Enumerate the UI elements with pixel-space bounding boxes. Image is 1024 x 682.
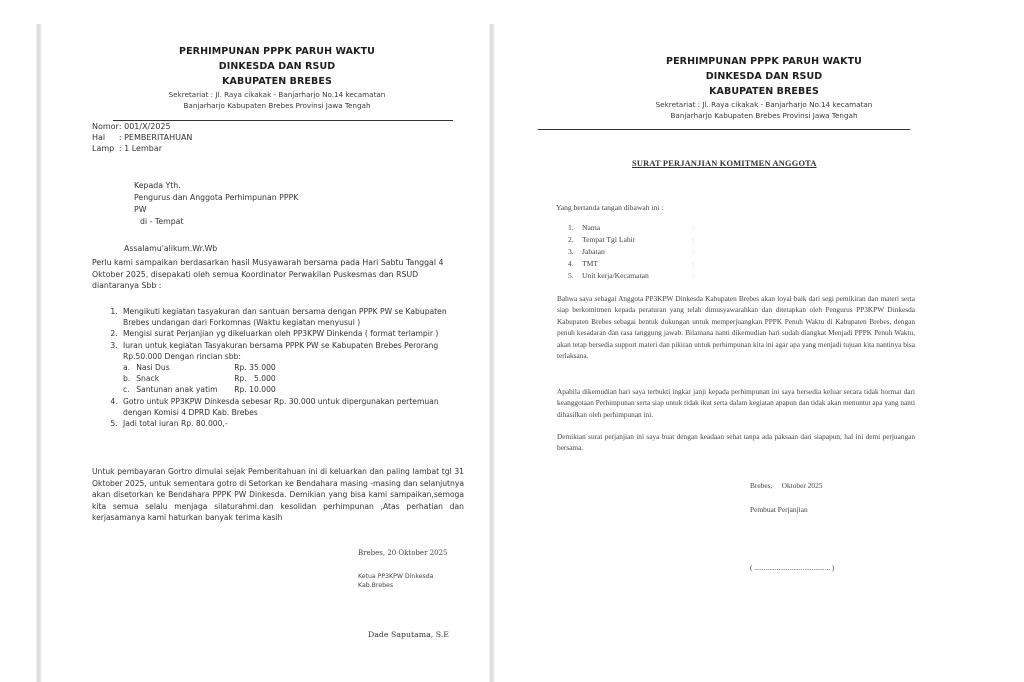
fee-label: Santunan anak yatim [136, 384, 234, 395]
commitment-paragraph: Bahwa saya sebagai Anggota PP3KPW Dinkes… [557, 293, 915, 361]
signer-role: Pembuat Perjanjian [750, 505, 822, 515]
org-address-line2: Banjarharjo Kabupaten Brebes Provinsi Ja… [112, 100, 442, 111]
field-label: TMT [582, 258, 692, 270]
member-field: 2. Tempat Tgl Lahir : [568, 234, 694, 246]
member-fields: 1. Nama : 2. Tempat Tgl Lahir : 3. Jabat… [568, 222, 694, 282]
meta-key: Lamp [92, 143, 119, 154]
agenda-item-text: Iuran untuk kegiatan Tasyakuran bersama … [123, 341, 438, 361]
fee-letter: a. [123, 362, 136, 373]
agenda-item: Iuran untuk kegiatan Tasyakuran bersama … [120, 340, 466, 396]
meta-value: : PEMBERITAHUAN [119, 132, 193, 143]
signer-name: Dade Saputama, S.E [368, 630, 449, 640]
letterhead: PERHIMPUNAN PPPK PARUH WAKTU DINKESDA DA… [112, 44, 442, 111]
document-title: SURAT PERJANJIAN KOMITMEN ANGGOTA [632, 159, 817, 168]
org-division: DINKESDA DAN RSUD [604, 69, 924, 84]
letter-meta: Nomor: 001/X/2025 Hal: PEMBERITAHUAN Lam… [92, 121, 192, 154]
center-page-edge [489, 24, 495, 682]
field-value: : [692, 258, 694, 270]
field-label: Nama [582, 222, 692, 234]
field-value: : [692, 246, 694, 258]
member-field: 1. Nama : [568, 222, 694, 234]
member-field: 3. Jabatan : [568, 246, 694, 258]
meta-value: : 1 Lembar [119, 143, 193, 154]
fee-label: Nasi Dus [136, 362, 234, 373]
fee-letter: c. [123, 384, 136, 395]
org-region: KABUPATEN BREBES [112, 74, 442, 89]
field-value: : [692, 234, 694, 246]
org-region: KABUPATEN BREBES [604, 84, 924, 99]
org-name: PERHIMPUNAN PPPK PARUH WAKTU [112, 44, 442, 59]
sanction-paragraph: Apabila dikemudian hari saya terbukti in… [557, 386, 915, 420]
signature-block: Brebes, Oktober 2025 Pembuat Perjanjian … [750, 481, 822, 515]
fee-amount: Rp. 10.000 [234, 384, 282, 395]
closing-paragraph: Untuk pembayaran Gortro dimulai sejak Pe… [92, 466, 464, 524]
agenda-item: Mengisi surat Perjanjian yg dikeluarkan … [120, 328, 466, 339]
org-address-line1: Sekretariat : Jl. Raya cikakak - Banjarh… [604, 99, 924, 110]
recipient-line: Pengurus dan Anggota Perhimpunan PPPK [134, 192, 298, 204]
letterhead: PERHIMPUNAN PPPK PARUH WAKTU DINKESDA DA… [604, 54, 924, 121]
agenda-item: Gotro untuk PP3KPW Dinkesda sebesar Rp. … [120, 396, 466, 418]
notice-letter-page: PERHIMPUNAN PPPK PARUH WAKTU DINKESDA DA… [42, 0, 482, 682]
fee-label: Snack [136, 373, 234, 384]
field-label: Jabatan [582, 246, 692, 258]
signature-block: Brebes, 20 Oktober 2025 Ketua PP3KPW Din… [358, 548, 447, 590]
closing-paragraph: Demikian surat perjanjian ini saya buat … [557, 431, 915, 454]
field-label: Unit kerja/Kecamatan [582, 270, 692, 282]
signer-role-line: Kab.Brebes [358, 581, 447, 590]
meta-key: Hal [92, 132, 119, 143]
letterhead-divider [538, 129, 910, 130]
fee-row: c. Santunan anak yatim Rp. 10.000 [123, 384, 282, 395]
recipient-line: PW [134, 204, 298, 216]
member-field: 5. Unit kerja/Kecamatan : [568, 270, 694, 282]
field-number: 3. [568, 246, 582, 258]
field-label: Tempat Tgl Lahir [582, 234, 692, 246]
org-address-line2: Banjarharjo Kabupaten Brebes Provinsi Ja… [604, 110, 924, 121]
greeting: Assalamu'alikum.Wr.Wb [124, 244, 217, 253]
fee-amount: Rp. 35.000 [234, 362, 282, 373]
fee-row: a. Nasi Dus Rp. 35.000 [123, 362, 282, 373]
place-date: Brebes, Oktober 2025 [750, 481, 822, 491]
signer-role: Ketua PP3KPW Dinkesda Kab.Brebes [358, 572, 447, 590]
fee-letter: b. [123, 373, 136, 384]
intro-paragraph: Perlu kami sampaikan berdasarkan hasil M… [92, 257, 460, 292]
agenda-item: Mengikuti kegiatan tasyakuran dan santua… [120, 306, 466, 328]
fee-breakdown: a. Nasi Dus Rp. 35.000 b. Snack Rp. 5.00… [123, 362, 282, 396]
agenda-item: Jadi total iuran Rp. 80.000,- [120, 418, 466, 429]
commitment-letter-page: PERHIMPUNAN PPPK PARUH WAKTU DINKESDA DA… [500, 0, 950, 682]
recipient-block: Kepada Yth. Pengurus dan Anggota Perhimp… [134, 180, 298, 228]
org-division: DINKESDA DAN RSUD [112, 59, 442, 74]
field-value: : [692, 270, 694, 282]
field-number: 1. [568, 222, 582, 234]
fee-amount: Rp. 5.000 [234, 373, 282, 384]
signer-role-line: Ketua PP3KPW Dinkesda [358, 572, 447, 581]
field-number: 4. [568, 258, 582, 270]
member-field: 4. TMT : [568, 258, 694, 270]
org-address-line1: Sekretariat : Jl. Raya cikakak - Banjarh… [112, 89, 442, 100]
meta-value: : 001/X/2025 [119, 121, 193, 132]
meta-key: Nomor [92, 121, 119, 132]
agenda-list: Mengikuti kegiatan tasyakuran dan santua… [106, 306, 466, 429]
signature-blank: ( ......................................… [750, 563, 834, 573]
fee-row: b. Snack Rp. 5.000 [123, 373, 282, 384]
recipient-line: Kepada Yth. [134, 180, 298, 192]
intro-line: Yang bertanda tangan dibawah ini : [556, 203, 663, 212]
field-value: : [692, 222, 694, 234]
field-number: 5. [568, 270, 582, 282]
recipient-line: di - Tempat [134, 216, 298, 228]
field-number: 2. [568, 234, 582, 246]
place-date: Brebes, 20 Oktober 2025 [358, 548, 447, 558]
org-name: PERHIMPUNAN PPPK PARUH WAKTU [604, 54, 924, 69]
